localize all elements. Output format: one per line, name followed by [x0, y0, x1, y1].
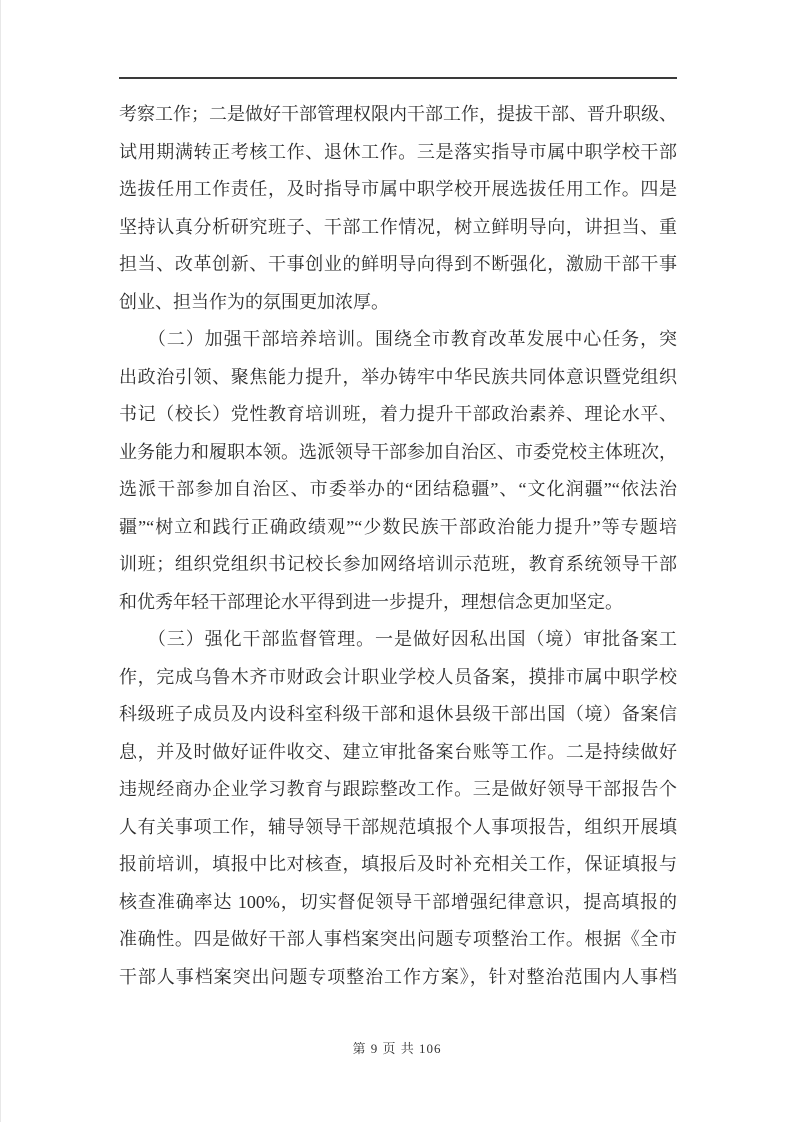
text-line: （二）加强干部培养培训。围绕全市教育改革发展中心任务，突: [119, 321, 677, 359]
text-line: 和优秀年轻干部理论水平得到进一步提升，理想信念更加坚定。: [119, 584, 677, 622]
text-line: 书记（校长）党性教育培训班，着力提升干部政治素养、理论水平、: [119, 396, 677, 434]
text-line: 科级班子成员及内设科室科级干部和退休县级干部出国（境）备案信: [119, 696, 677, 734]
text-line: 息，并及时做好证件收交、建立审批备案台账等工作。二是持续做好: [119, 734, 677, 772]
document-page: 考察工作；二是做好干部管理权限内干部工作，提拔干部、晋升职级、试用期满转正考核工…: [0, 0, 793, 1122]
text-line: 业务能力和履职本领。选派领导干部参加自治区、市委党校主体班次，: [119, 434, 677, 472]
paragraph: （三）强化干部监督管理。一是做好因私出国（境）审批备案工作，完成乌鲁木齐市财政会…: [119, 621, 677, 996]
header-rule: [119, 77, 677, 79]
text-line: 选派干部参加自治区、市委举办的“团结稳疆”、“文化润疆”“依法治: [119, 471, 677, 509]
text-line: 报前培训，填报中比对核查，填报后及时补充相关工作，保证填报与: [119, 846, 677, 884]
text-line: 担当、改革创新、干事创业的鲜明导向得到不断强化，激励干部干事: [119, 246, 677, 284]
text-line: 疆”“树立和践行正确政绩观”“少数民族干部政治能力提升”等专题培: [119, 509, 677, 547]
text-line: 人有关事项工作，辅导领导干部规范填报个人事项报告，组织开展填: [119, 809, 677, 847]
text-line: 出政治引领、聚焦能力提升，举办铸牢中华民族共同体意识暨党组织: [119, 359, 677, 397]
paragraph: 考察工作；二是做好干部管理权限内干部工作，提拔干部、晋升职级、试用期满转正考核工…: [119, 96, 677, 321]
text-line: 训班；组织党组织书记校长参加网络培训示范班，教育系统领导干部: [119, 546, 677, 584]
text-line: 选拔任用工作责任，及时指导市属中职学校开展选拔任用工作。四是: [119, 171, 677, 209]
paragraph: （二）加强干部培养培训。围绕全市教育改革发展中心任务，突出政治引领、聚焦能力提升…: [119, 321, 677, 621]
text-line: 创业、担当作为的氛围更加浓厚。: [119, 284, 677, 322]
text-line: 干部人事档案突出问题专项整治工作方案》，针对整治范围内人事档: [119, 959, 677, 997]
text-line: （三）强化干部监督管理。一是做好因私出国（境）审批备案工: [119, 621, 677, 659]
text-line: 准确性。四是做好干部人事档案突出问题专项整治工作。根据《全市: [119, 921, 677, 959]
page-footer: 第 9 页 共 106: [1, 1040, 793, 1058]
text-line: 核查准确率达 100%，切实督促领导干部增强纪律意识，提高填报的: [119, 884, 677, 922]
text-line: 违规经商办企业学习教育与跟踪整改工作。三是做好领导干部报告个: [119, 771, 677, 809]
text-line: 考察工作；二是做好干部管理权限内干部工作，提拔干部、晋升职级、: [119, 96, 677, 134]
page-number-label: 第 9 页 共 106: [352, 1041, 441, 1056]
text-line: 试用期满转正考核工作、退休工作。三是落实指导市属中职学校干部: [119, 134, 677, 172]
text-line: 坚持认真分析研究班子、干部工作情况，树立鲜明导向，讲担当、重: [119, 209, 677, 247]
text-line: 作，完成乌鲁木齐市财政会计职业学校人员备案，摸排市属中职学校: [119, 659, 677, 697]
document-body: 考察工作；二是做好干部管理权限内干部工作，提拔干部、晋升职级、试用期满转正考核工…: [119, 96, 677, 996]
